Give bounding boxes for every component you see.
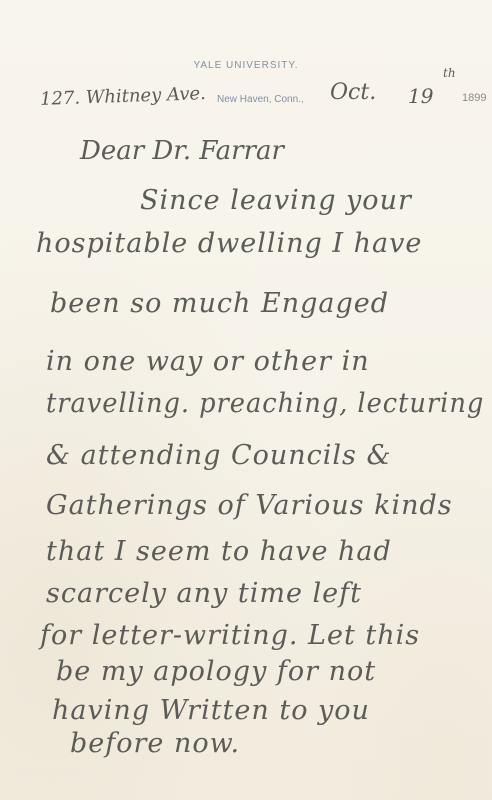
body-line: & attending Councils & (46, 440, 392, 471)
date-suffix: th (443, 66, 456, 80)
body-line: in one way or other in (46, 346, 370, 377)
letterhead-institution: YALE UNIVERSITY. (0, 60, 492, 71)
body-line: been so much Engaged (50, 288, 389, 319)
body-line: scarcely any time left (46, 578, 362, 609)
body-line: Since leaving your (140, 185, 412, 216)
date-day: 19 (408, 84, 433, 108)
body-line: be my apology for not (56, 656, 376, 687)
salutation: Dear Dr. Farrar (80, 136, 284, 166)
body-line: hospitable dwelling I have (36, 228, 422, 259)
street-address: 127. Whitney Ave. (40, 83, 206, 110)
body-line: having Written to you (52, 695, 370, 726)
letterhead-city: New Haven, Conn., (217, 94, 304, 105)
body-line: before now. (70, 728, 240, 759)
letter-page: YALE UNIVERSITY. 127. Whitney Ave. New H… (0, 0, 492, 800)
body-line: travelling. preaching, lecturing (46, 388, 484, 419)
body-line: that I seem to have had (46, 536, 392, 567)
body-line: for letter-writing. Let this (40, 620, 420, 651)
body-line: Gatherings of Various kinds (46, 490, 453, 521)
date-month: Oct. (330, 80, 376, 105)
date-year: 1899 (462, 92, 486, 104)
